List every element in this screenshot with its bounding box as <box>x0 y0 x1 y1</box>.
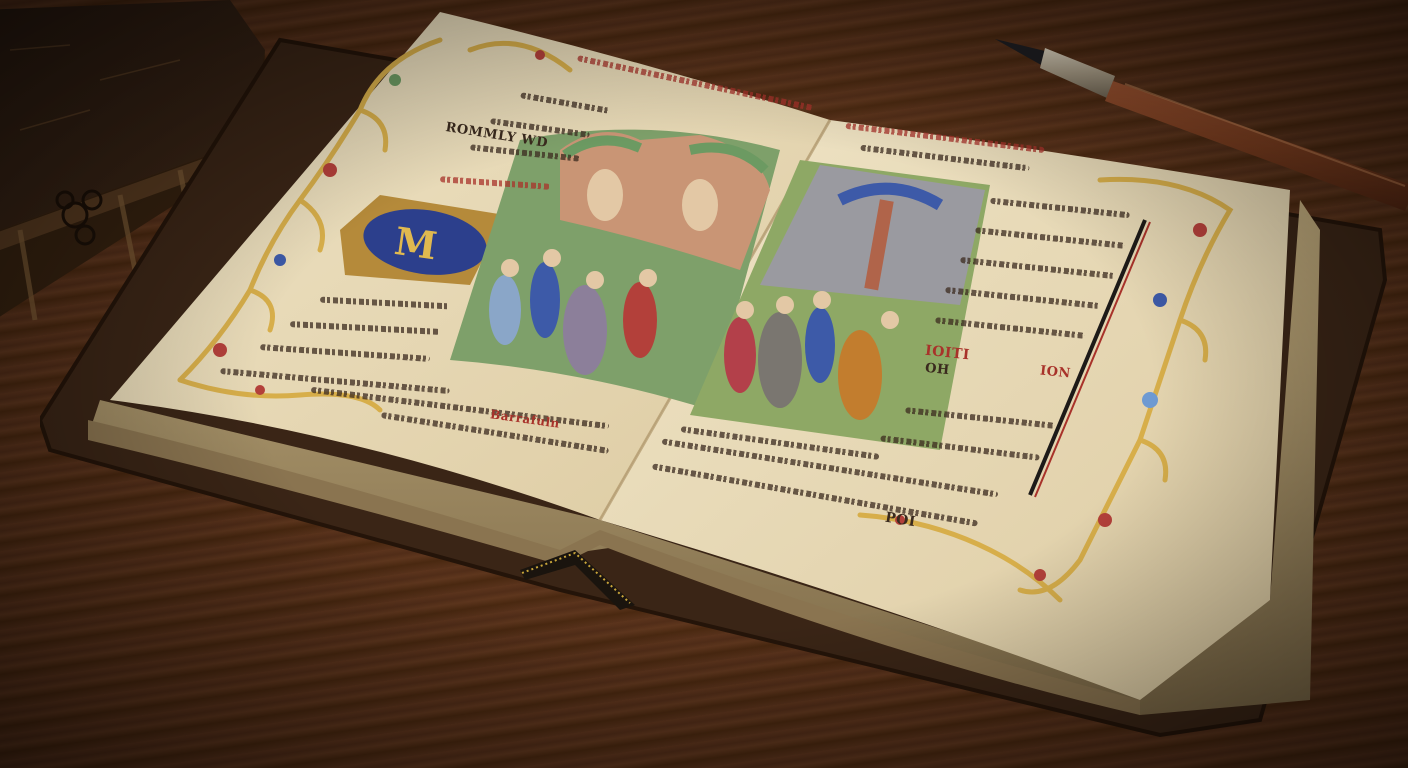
bookmark-ribbon <box>520 550 635 610</box>
open-manuscript: M <box>0 0 1408 768</box>
svg-text:M: M <box>392 218 440 268</box>
scene: M <box>0 0 1408 768</box>
right-snippet-3: ION <box>1039 363 1071 381</box>
right-snippet-2: OH <box>924 361 950 378</box>
